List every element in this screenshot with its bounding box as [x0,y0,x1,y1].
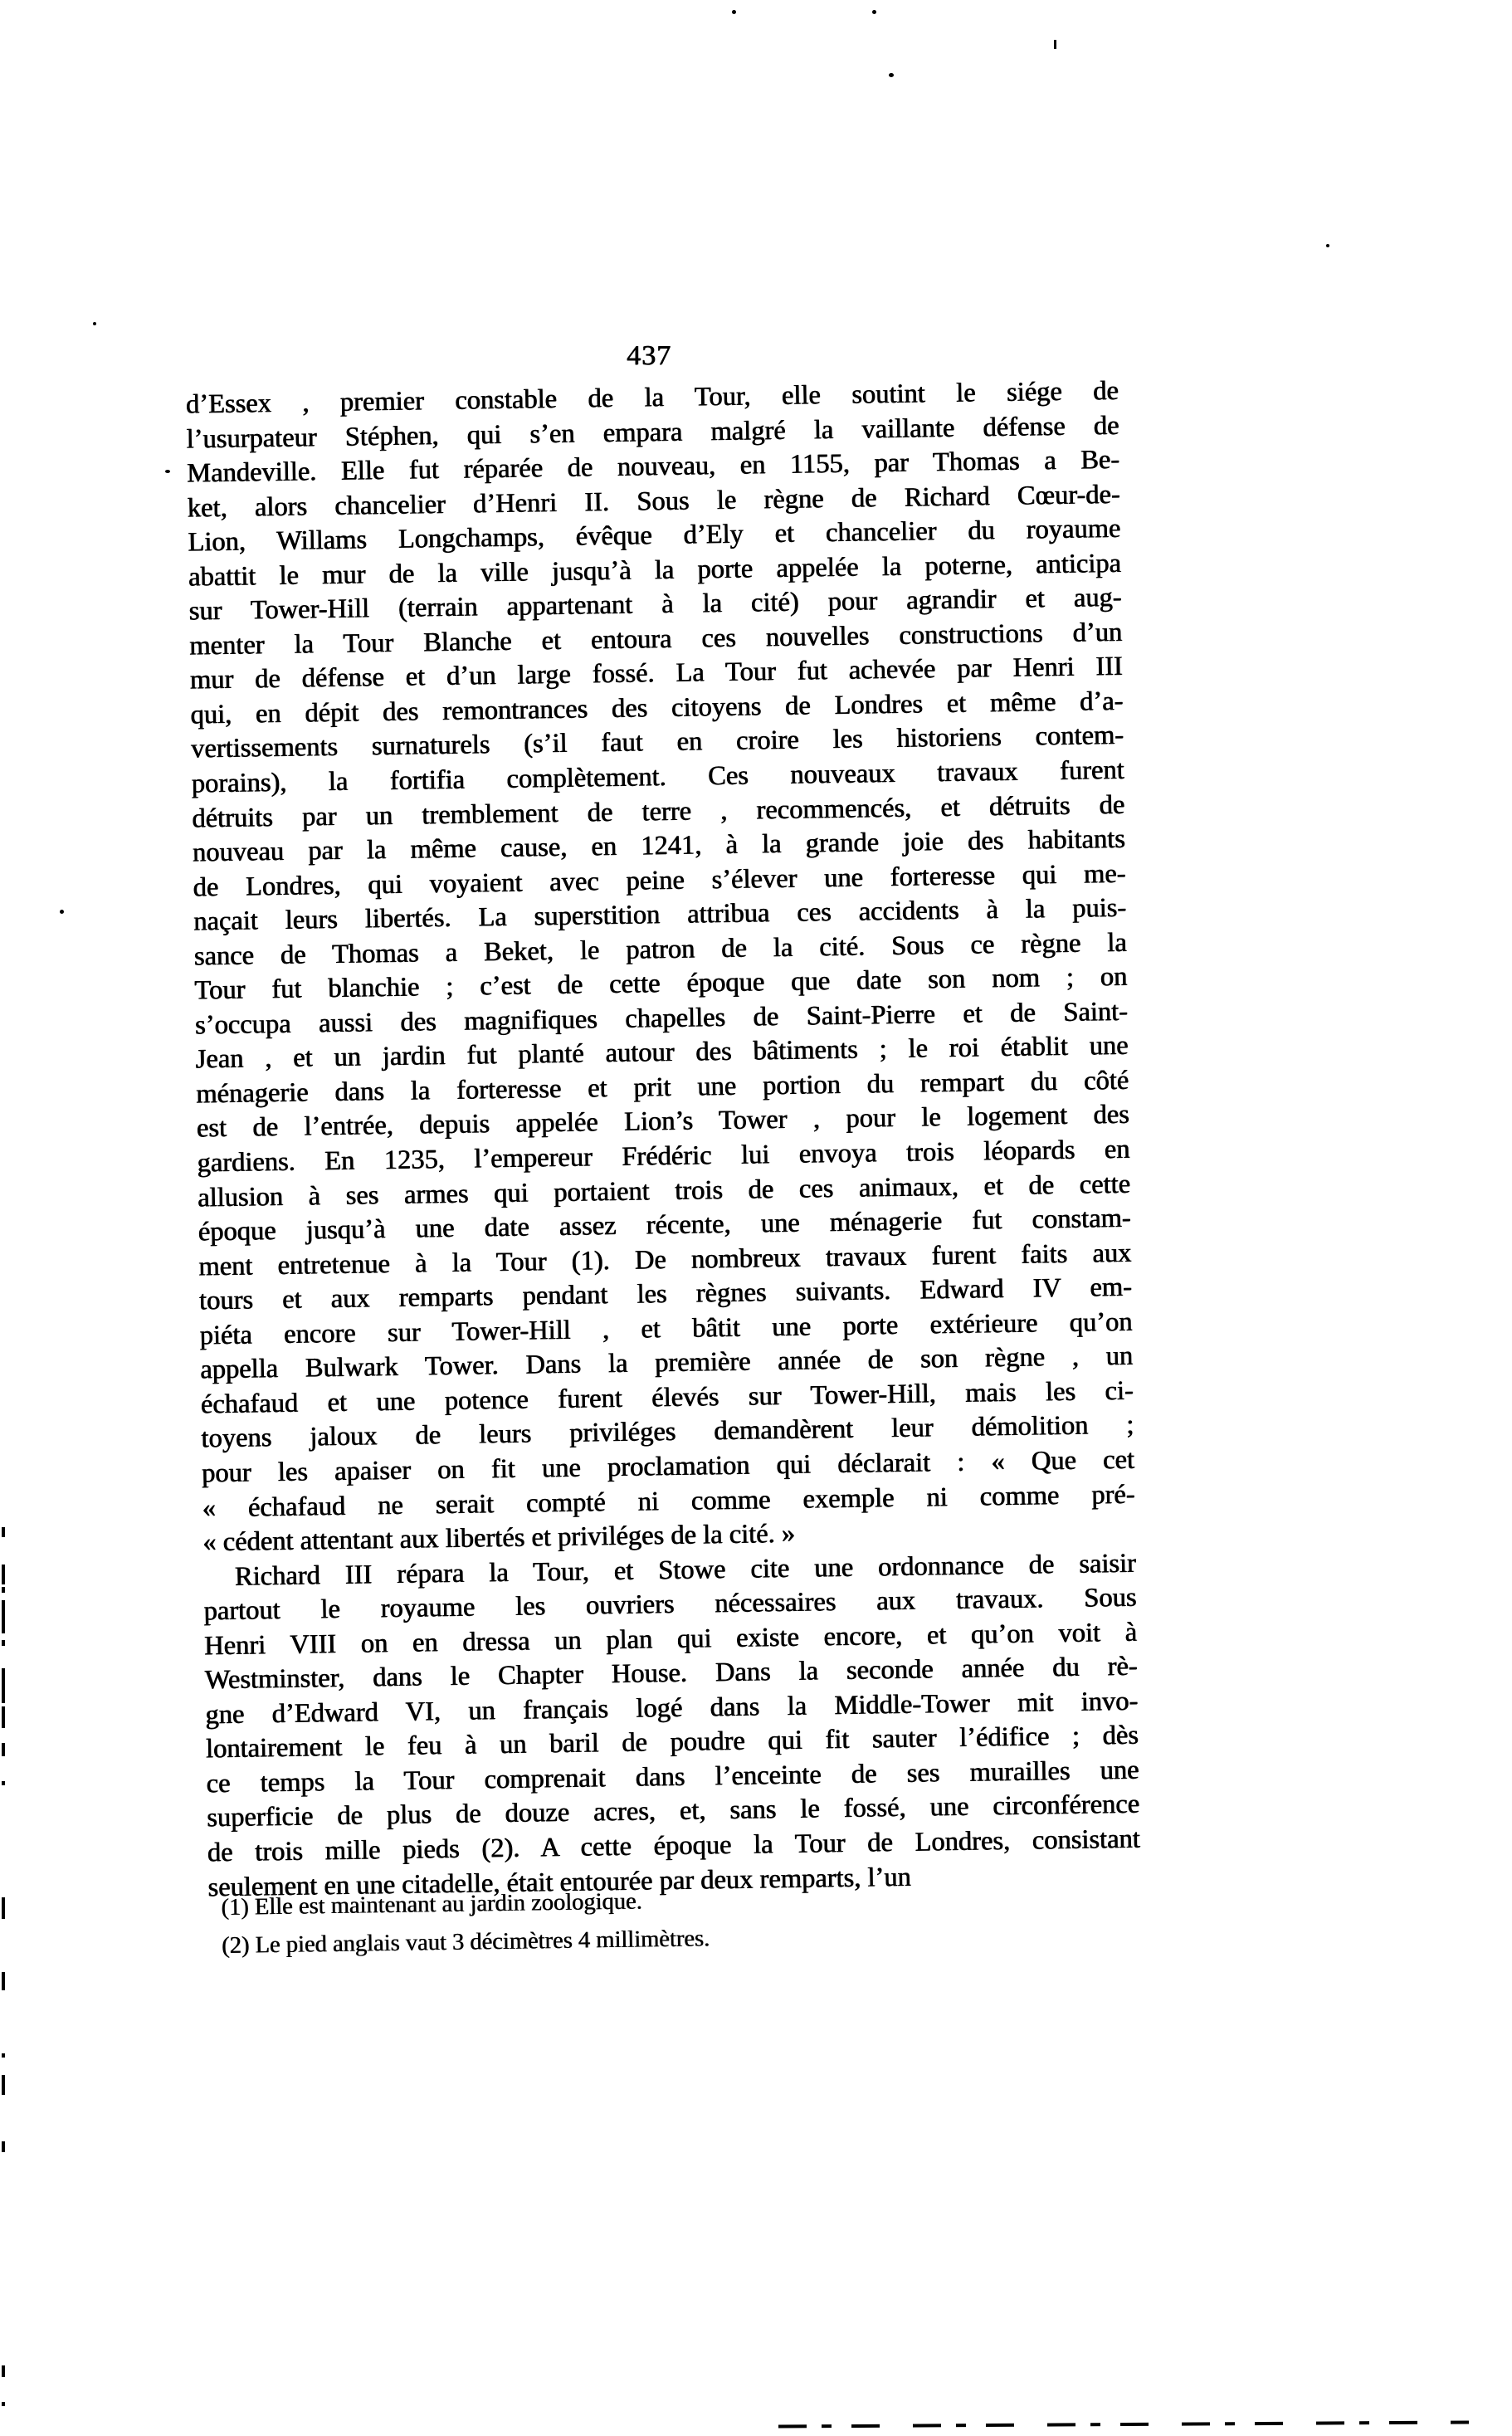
ink-speck [872,10,876,14]
edge-mark [2,1565,5,1584]
ink-speck [1054,40,1056,49]
footnotes: (1) Elle est maintenant au jardin zoolog… [221,1877,1060,1965]
ink-speck [889,73,894,77]
edge-mark [2,2365,5,2377]
body-text: d’Essex , premier constable de la Tour, … [186,374,1141,1906]
ink-speck [60,910,64,914]
edge-mark [2,1600,5,1633]
edge-mark [2,1527,5,1537]
edge-mark [2,2402,5,2406]
edge-mark [2,1706,5,1728]
edge-mark [2,1972,5,1990]
edge-mark [2,1668,5,1703]
page-number: 437 [599,340,699,372]
edge-mark [2,2141,5,2152]
edge-mark [2,2075,5,2095]
edge-mark [2,1781,5,1785]
edge-mark [2,2053,5,2058]
scanned-page: 437 d’Essex , premier constable de la To… [0,0,1512,2436]
ink-speck [93,322,96,325]
edge-mark [2,1743,5,1756]
ink-speck [732,10,736,14]
ink-speck [1326,244,1329,247]
edge-mark [2,1587,5,1593]
edge-mark [2,1897,5,1919]
ink-speck [165,470,170,473]
bottom-dashed-rule-artifact [778,2420,1469,2428]
edge-mark [2,1640,5,1646]
